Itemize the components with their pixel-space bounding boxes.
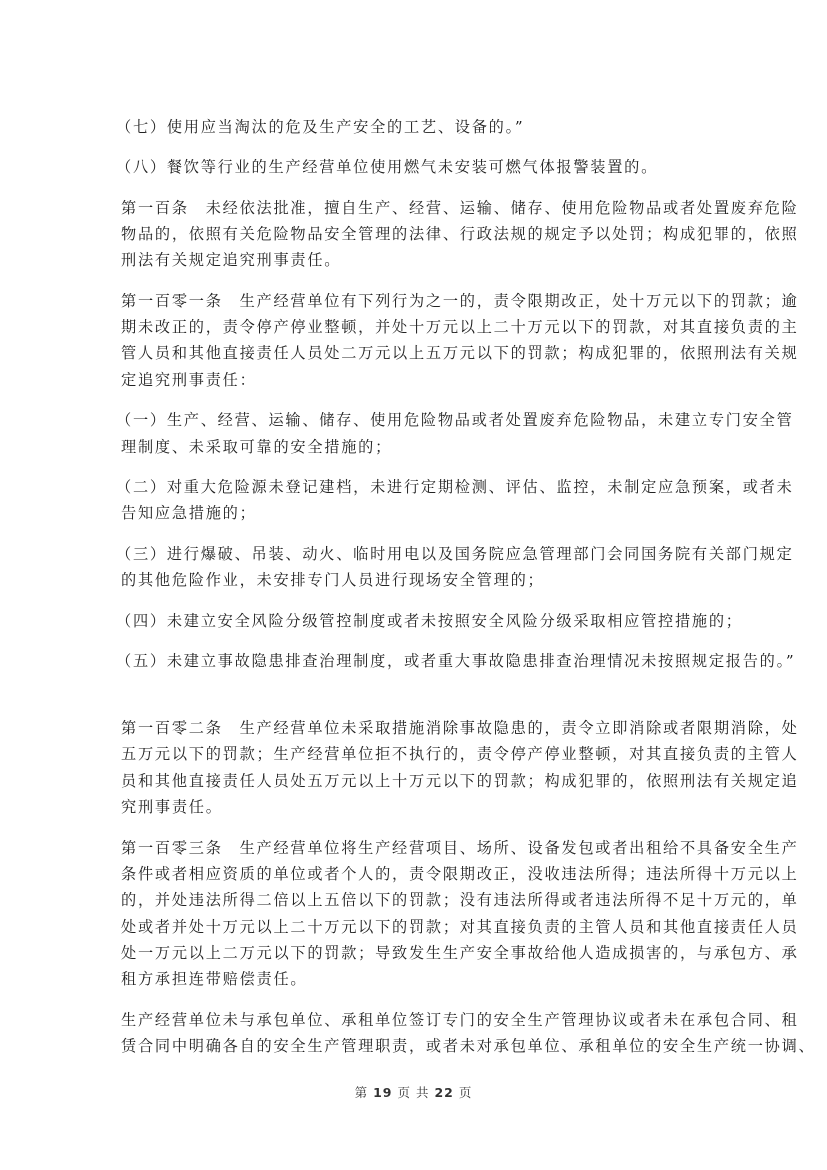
text-line: 期未改正的，责令停产停业整顿，并处十万元以上二十万元以下的罚款，对其直接负责的主 [121,317,711,337]
total-page-count: 22 [434,1085,453,1100]
footer-prefix: 第 [355,1085,369,1100]
text-line: 管人员和其他直接责任人员处二万元以上五万元以下的罚款；构成犯罪的，依照刑法有关规 [121,343,711,363]
text-line: 条件或者相应资质的单位或者个人的，责令限期改正，没收违法所得；违法所得十万元以上 [121,864,711,884]
text-line: 五万元以下的罚款；生产经营单位拒不执行的，责令停产停业整顿，对其直接负责的主管人 [121,744,711,764]
text-line: 理制度、未采取可靠的安全措施的； [121,437,711,457]
text-line: 赁合同中明确各自的安全生产管理职责，或者未对承包单位、承租单位的安全生产统一协调… [121,1036,711,1056]
text-line: 处或者并处十万元以上二十万元以下的罚款；对其直接负责的主管人员和其他直接责任人员 [121,917,711,937]
text-line: 第一百零一条 生产经营单位有下列行为之一的，责令限期改正，处十万元以下的罚款；逾 [121,291,711,311]
document-page: （七）使用应当淘汰的危及生产安全的工艺、设备的。”（八）餐饮等行业的生产经营单位… [0,0,827,1170]
text-line: 租方承担连带赔偿责任。 [121,969,711,989]
text-line: 刑法有关规定追究刑事责任。 [121,250,711,270]
page-number-footer: 第 19 页 共 22 页 [0,1083,827,1101]
text-line: 的其他危险作业，未安排专门人员进行现场安全管理的； [121,570,711,590]
text-line: （二）对重大危险源未登记建档，未进行定期检测、评估、监控，未制定应急预案，或者未 [116,477,706,497]
text-line: 究刑事责任。 [121,797,711,817]
footer-middle: 页 共 [398,1085,430,1100]
text-line: （五）未建立事故隐患排查治理制度，或者重大事故隐患排查治理情况未按照规定报告的。… [116,651,706,671]
text-line: 物品的，依照有关危险物品安全管理的法律、行政法规的规定予以处罚；构成犯罪的，依照 [121,224,711,244]
text-line: 生产经营单位未与承包单位、承租单位签订专门的安全生产管理协议或者未在承包合同、租 [121,1010,711,1030]
text-line: （一）生产、经营、运输、储存、使用危险物品或者处置废弃危险物品，未建立专门安全管 [116,410,706,430]
text-line: 的，并处违法所得二倍以上五倍以下的罚款；没有违法所得或者违法所得不足十万元的，单 [121,890,711,910]
footer-suffix: 页 [459,1085,473,1100]
text-line: （八）餐饮等行业的生产经营单位使用燃气未安装可燃气体报警装置的。 [116,157,706,177]
text-line: 处一万元以上二万元以下的罚款；导致发生生产安全事故给他人造成损害的，与承包方、承 [121,943,711,963]
text-line: 定追究刑事责任： [121,370,711,390]
text-line: （三）进行爆破、吊装、动火、临时用电以及国务院应急管理部门会同国务院有关部门规定 [116,544,706,564]
text-line: 第一百条 未经依法批准，擅自生产、经营、运输、储存、使用危险物品或者处置废弃危险 [121,198,711,218]
current-page-number: 19 [373,1085,392,1100]
text-line: （四）未建立安全风险分级管控制度或者未按照安全风险分级采取相应管控措施的； [116,611,706,631]
text-line: 员和其他直接责任人员处五万元以上十万元以下的罚款；构成犯罪的，依照刑法有关规定追 [121,771,711,791]
text-line: （七）使用应当淘汰的危及生产安全的工艺、设备的。” [116,117,706,137]
text-line: 第一百零二条 生产经营单位未采取措施消除事故隐患的，责令立即消除或者限期消除，处 [121,718,711,738]
text-line: 告知应急措施的； [121,503,711,523]
text-line: 第一百零三条 生产经营单位将生产经营项目、场所、设备发包或者出租给不具备安全生产 [121,838,711,858]
